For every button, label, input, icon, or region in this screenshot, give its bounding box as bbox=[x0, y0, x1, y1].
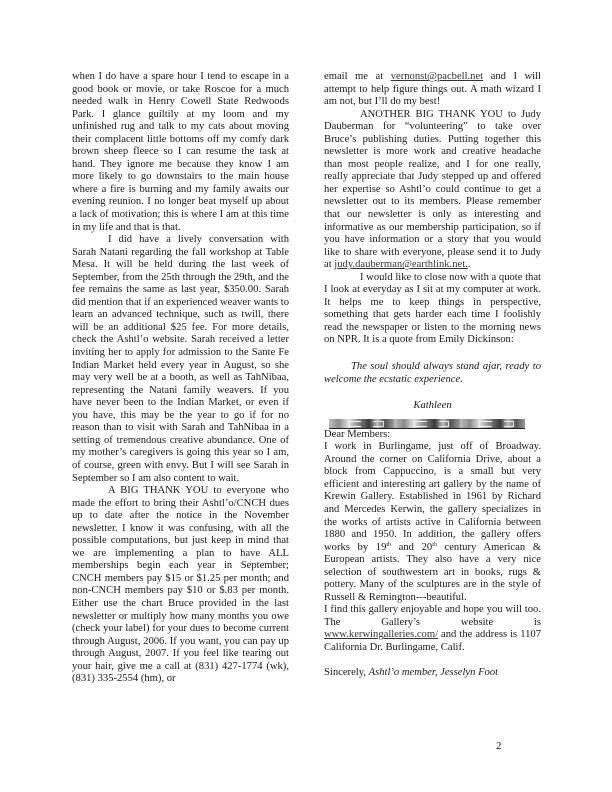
gallery-website-link[interactable]: www.kerwingalleries.com/ bbox=[324, 629, 438, 640]
left-column: when I do have a spare hour I tend to es… bbox=[72, 71, 289, 686]
signature-kathleen: Kathleen bbox=[324, 400, 541, 413]
email-link-vernonst[interactable]: vernonst@pacbell.net bbox=[391, 71, 483, 82]
paragraph-spare-hour: when I do have a spare hour I tend to es… bbox=[72, 71, 289, 234]
newsletter-page: when I do have a spare hour I tend to es… bbox=[0, 0, 612, 792]
paragraph-email-contact: email me at vernonst@pacbell.net and I w… bbox=[324, 71, 541, 109]
judy-thanks-text: ANOTHER BIG THANK YOU to Judy Dauberman … bbox=[324, 109, 541, 271]
spacer bbox=[324, 347, 541, 361]
paragraph-krewin-gallery: I work in Burlingame, just off of Broadw… bbox=[324, 441, 541, 604]
email-link-judy[interactable]: judy.dauberman@earthlink.net. bbox=[334, 259, 468, 270]
email-intro-text: email me at bbox=[324, 71, 391, 82]
spacer bbox=[324, 655, 541, 668]
paragraph-fall-workshop: I did have a lively conversation with Sa… bbox=[72, 234, 289, 485]
paragraph-gallery-website: I find this gallery enjoyable and hope y… bbox=[324, 604, 541, 654]
signature-jesselyn-foot: Ashtl’o member, Jesselyn Foot bbox=[369, 667, 498, 678]
closing-word: Sincerely, bbox=[324, 667, 369, 678]
right-column: email me at vernonst@pacbell.net and I w… bbox=[324, 71, 541, 680]
banner-pattern-icon bbox=[329, 419, 394, 428]
emily-dickinson-quote: The soul should always stand ajar, ready… bbox=[324, 361, 541, 386]
paragraph-thank-you-judy: ANOTHER BIG THANK YOU to Judy Dauberman … bbox=[324, 109, 541, 272]
letter-salutation: Dear Members: bbox=[324, 429, 541, 442]
banner-pattern-icon bbox=[460, 419, 525, 428]
decorative-banner bbox=[329, 419, 525, 429]
banner-pattern-icon bbox=[394, 419, 459, 428]
gallery-text-1: I work in Burlingame, just off of Broadw… bbox=[324, 441, 541, 552]
paragraph-thank-you-dues: A BIG THANK YOU to everyone who made the… bbox=[72, 485, 289, 686]
paragraph-closing-quote-intro: I would like to close now with a quote t… bbox=[324, 272, 541, 347]
spacer bbox=[324, 386, 541, 400]
judy-after-text: . bbox=[468, 259, 471, 270]
gallery-text-2: and 20 bbox=[391, 542, 432, 553]
letter-closing: Sincerely, Ashtl’o member, Jesselyn Foot bbox=[324, 667, 541, 680]
page-number: 2 bbox=[496, 740, 502, 752]
website-intro-text: I find this gallery enjoyable and hope y… bbox=[324, 604, 541, 628]
